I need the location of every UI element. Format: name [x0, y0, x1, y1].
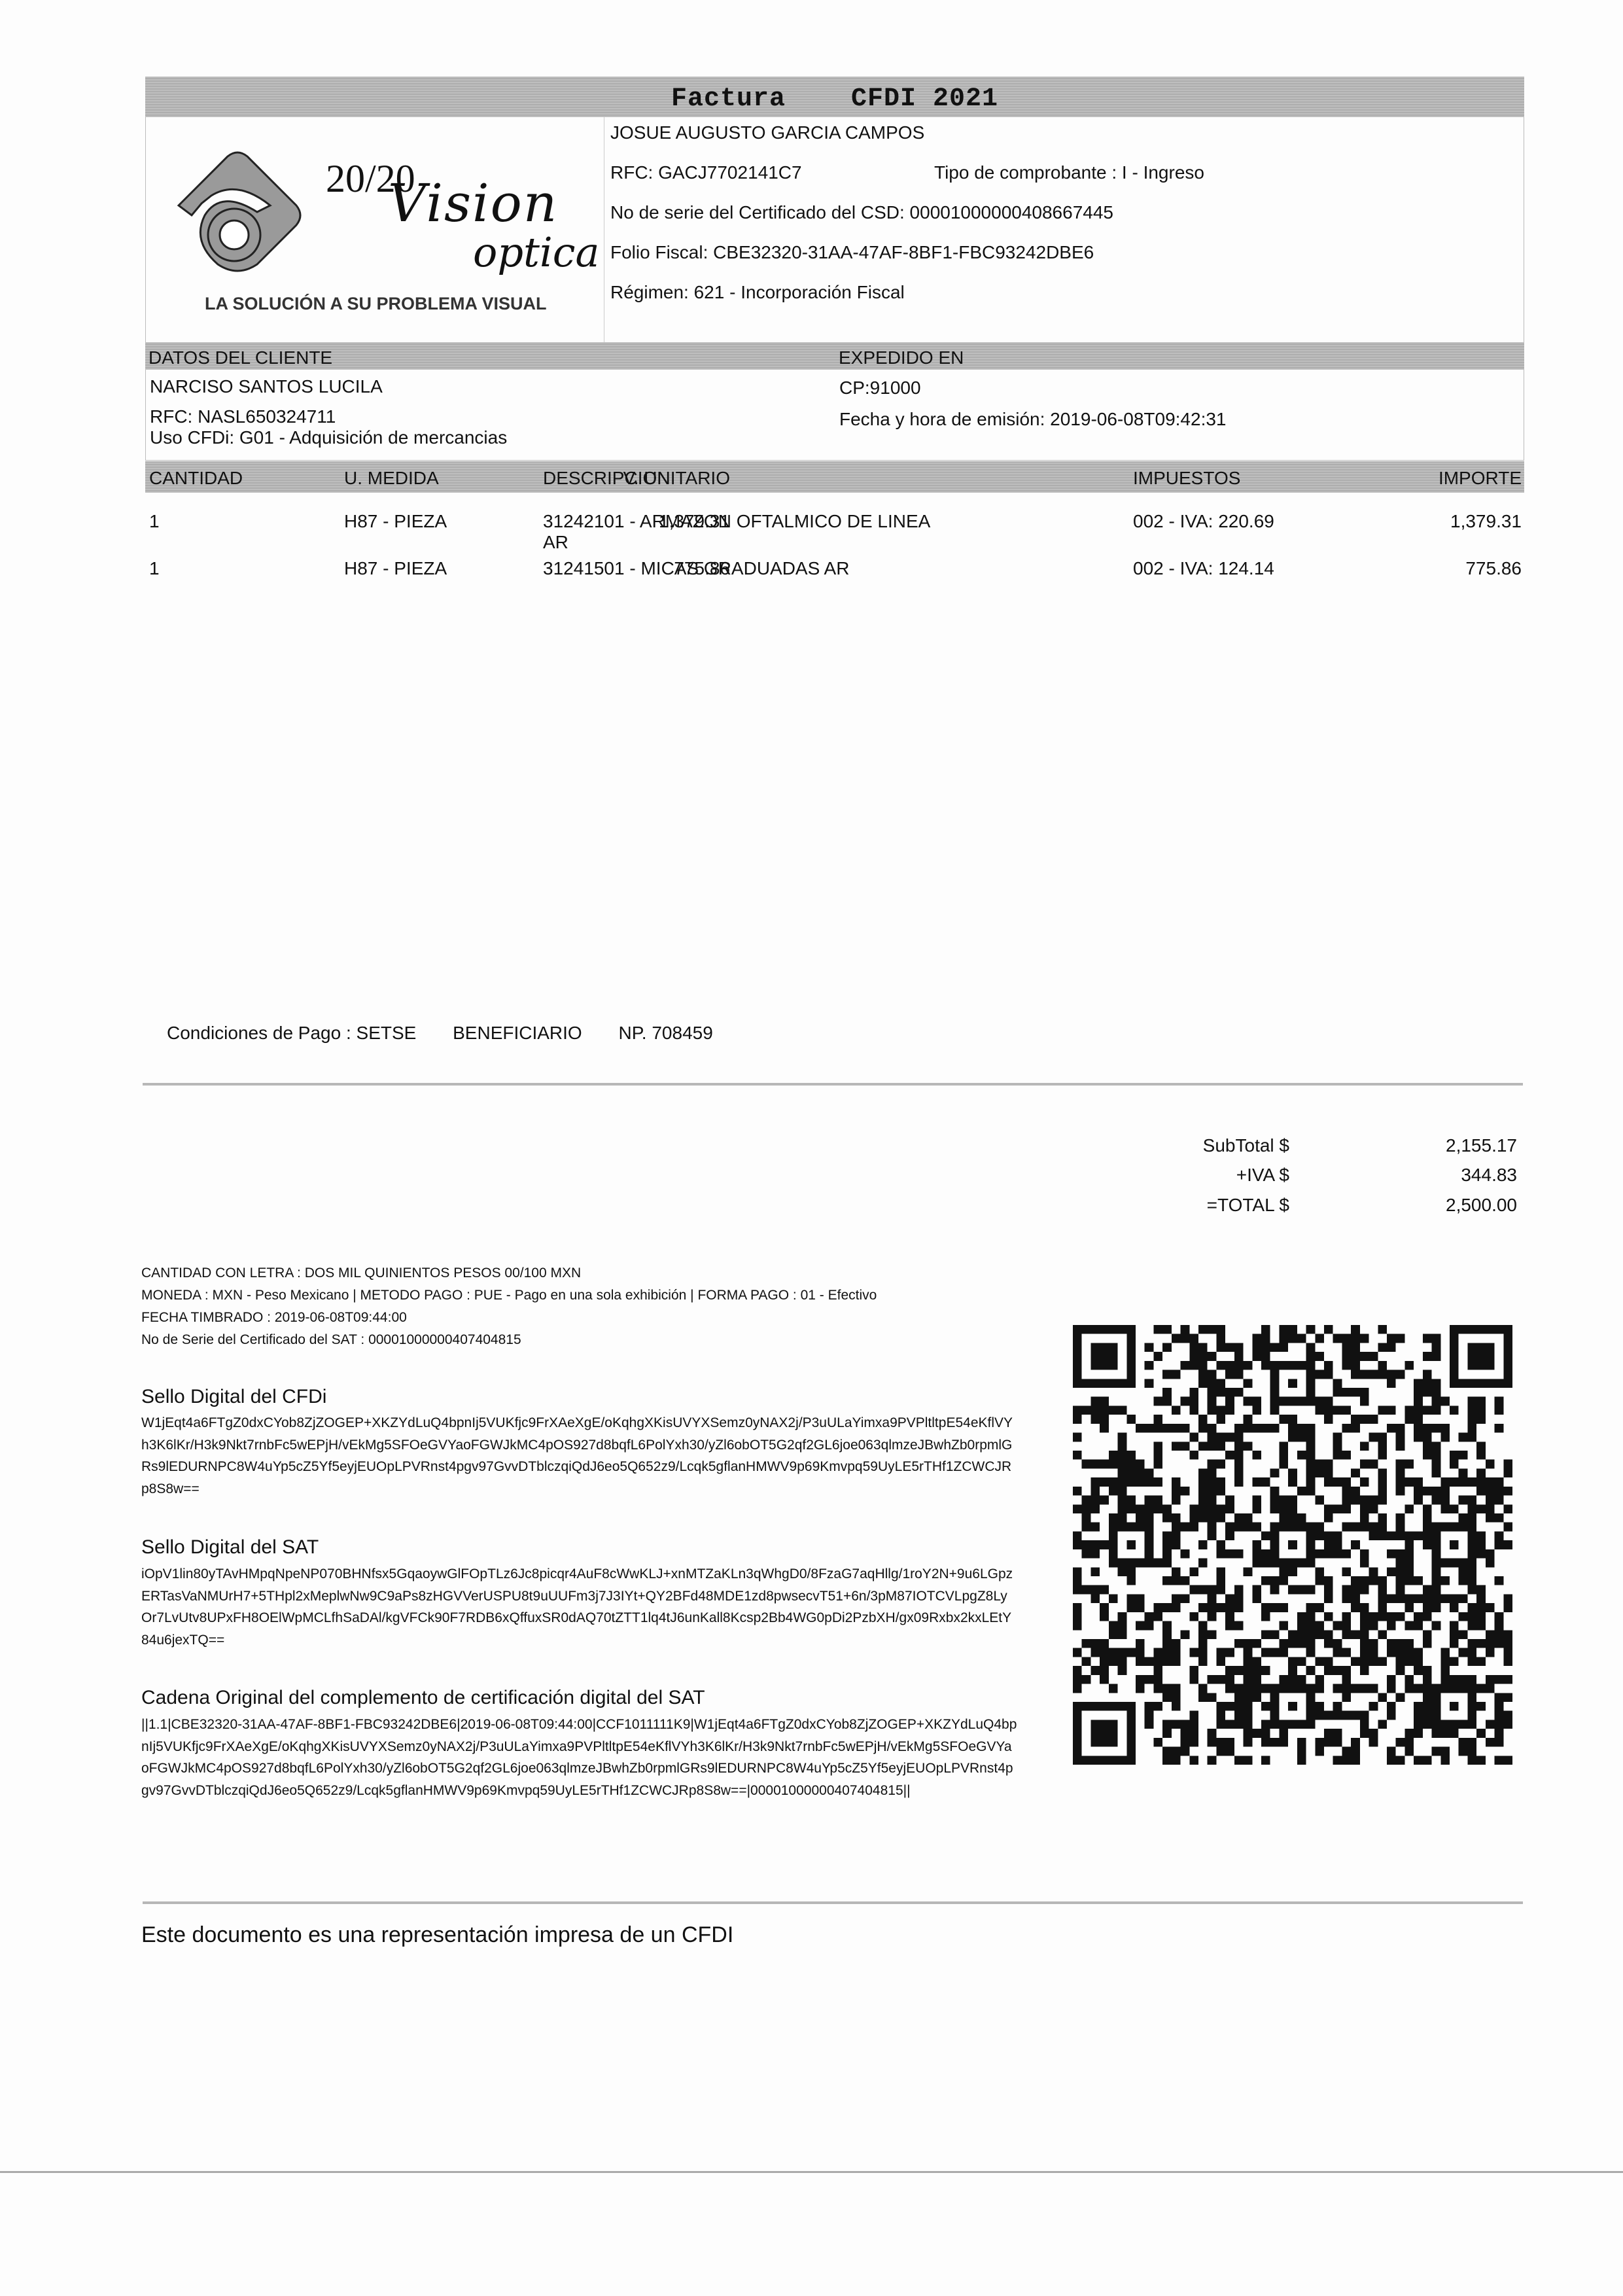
- iva-value: 344.83: [1461, 1165, 1517, 1186]
- sello-cfdi-value: W1jEqt4a6FTgZ0dxCYob8ZjZOGEP+XKZYdLuQ4bp…: [141, 1412, 1018, 1500]
- qr-code-icon: [1073, 1325, 1512, 1765]
- csd-serial: No de serie del Certificado del CSD: 000…: [610, 202, 1113, 223]
- iva-label: +IVA $: [1236, 1165, 1289, 1186]
- cell-impuestos: 002 - IVA: 220.69: [1133, 511, 1274, 532]
- cadena-original-title: Cadena Original del complemento de certi…: [141, 1687, 705, 1709]
- total-value: 2,500.00: [1446, 1195, 1517, 1216]
- cell-unidad: H87 - PIEZA: [344, 558, 447, 579]
- client-section-label: DATOS DEL CLIENTE: [148, 347, 332, 368]
- divider: [143, 1901, 1523, 1904]
- cell-valor-unitario: 1,379.31: [659, 511, 730, 532]
- expedido-section-label: EXPEDIDO EN: [839, 347, 964, 368]
- expedido-cp: CP:91000: [839, 378, 921, 398]
- page-edge: [0, 2171, 1623, 2173]
- cell-impuestos: 002 - IVA: 124.14: [1133, 558, 1274, 579]
- total-label: =TOTAL $: [1207, 1195, 1289, 1216]
- cell-descripcion: 31242101 - ARMAZON OFTALMICO DE LINEA AR: [543, 511, 935, 553]
- subtotal-label: SubTotal $: [1203, 1135, 1289, 1156]
- cell-cantidad: 1: [149, 511, 160, 532]
- client-name: NARCISO SANTOS LUCILA: [150, 376, 383, 397]
- sello-sat-title: Sello Digital del SAT: [141, 1536, 319, 1559]
- logo-brand-name: Vision: [388, 173, 558, 234]
- client-rfc: RFC: NASL650324711: [150, 406, 336, 427]
- divider: [143, 1083, 1523, 1086]
- document-title: Factura CFDI 2021: [145, 84, 1524, 114]
- cell-importe: 1,379.31: [1450, 511, 1522, 532]
- moneda-metodo-forma: MONEDA : MXN - Peso Mexicano | METODO PA…: [141, 1288, 877, 1303]
- sello-cfdi-title: Sello Digital del CFDi: [141, 1386, 326, 1408]
- condiciones-pago: Condiciones de Pago : SETSE: [167, 1023, 416, 1043]
- eye-logo-icon: [166, 143, 309, 274]
- client-section: NARCISO SANTOS LUCILA RFC: NASL650324711…: [145, 370, 1524, 461]
- np-number: NP. 708459: [619, 1023, 713, 1043]
- folio-fiscal: Folio Fiscal: CBE32320-31AA-47AF-8BF1-FB…: [610, 242, 1094, 263]
- logo-tagline: LA SOLUCIÓN A SU PROBLEMA VISUAL: [205, 294, 547, 314]
- regimen-fiscal: Régimen: 621 - Incorporación Fiscal: [610, 282, 905, 303]
- beneficiario: BENEFICIARIO: [453, 1023, 582, 1043]
- issuer-rfc: RFC: GACJ7702141C7: [610, 162, 802, 183]
- cell-unidad: H87 - PIEZA: [344, 511, 447, 532]
- column-header-impuestos: IMPUESTOS: [1133, 468, 1240, 489]
- cell-cantidad: 1: [149, 558, 160, 579]
- sello-sat-value: iOpV1lin80yTAvHMpqNpeNP070BHNfsx5GqaoywG…: [141, 1563, 1018, 1651]
- company-logo: 20/20 Vision optica LA SOLUCIÓN A SU PRO…: [146, 117, 604, 342]
- cantidad-con-letra: CANTIDAD CON LETRA : DOS MIL QUINIENTOS …: [141, 1265, 581, 1281]
- logo-brand-sub: optica: [473, 228, 599, 276]
- client-header-bar: DATOS DEL CLIENTE EXPEDIDO EN: [145, 342, 1524, 370]
- table-row: 1 H87 - PIEZA 31242101 - ARMAZON OFTALMI…: [145, 511, 1524, 563]
- cell-valor-unitario: 775.86: [674, 558, 730, 579]
- issuer-name: JOSUE AUGUSTO GARCIA CAMPOS: [610, 122, 924, 143]
- subtotal-value: 2,155.17: [1446, 1135, 1517, 1156]
- fecha-timbrado: FECHA TIMBRADO : 2019-06-08T09:44:00: [141, 1310, 407, 1326]
- column-header-valor-unitario: V. UNITARIO: [623, 468, 730, 489]
- table-row: 1 H87 - PIEZA 31241501 - MICAS GRADUADAS…: [145, 558, 1524, 610]
- sat-cert-serial: No de Serie del Certificado del SAT : 00…: [141, 1332, 521, 1348]
- footer-note: Este documento es una representación imp…: [141, 1922, 733, 1948]
- tipo-comprobante: Tipo de comprobante : I - Ingreso: [934, 162, 1204, 183]
- issuer-section: 20/20 Vision optica LA SOLUCIÓN A SU PRO…: [145, 117, 1524, 343]
- cell-descripcion: 31241501 - MICAS GRADUADAS AR: [543, 558, 935, 579]
- column-header-unidad: U. MEDIDA: [344, 468, 439, 489]
- fecha-emision: Fecha y hora de emisión: 2019-06-08T09:4…: [839, 409, 1227, 430]
- cadena-original-value: ||1.1|CBE32320-31AA-47AF-8BF1-FBC93242DB…: [141, 1714, 1018, 1801]
- column-header-importe: IMPORTE: [1439, 468, 1522, 489]
- payment-conditions: Condiciones de Pago : SETSE BENEFICIARIO…: [167, 1023, 744, 1044]
- cell-importe: 775.86: [1465, 558, 1522, 579]
- column-header-cantidad: CANTIDAD: [149, 468, 243, 489]
- client-uso-cfdi: Uso CFDi: G01 - Adquisición de mercancia…: [150, 427, 507, 448]
- items-table-header: CANTIDAD U. MEDIDA DESCRIPCION V. UNITAR…: [145, 461, 1524, 493]
- title-bar: Factura CFDI 2021: [145, 77, 1524, 117]
